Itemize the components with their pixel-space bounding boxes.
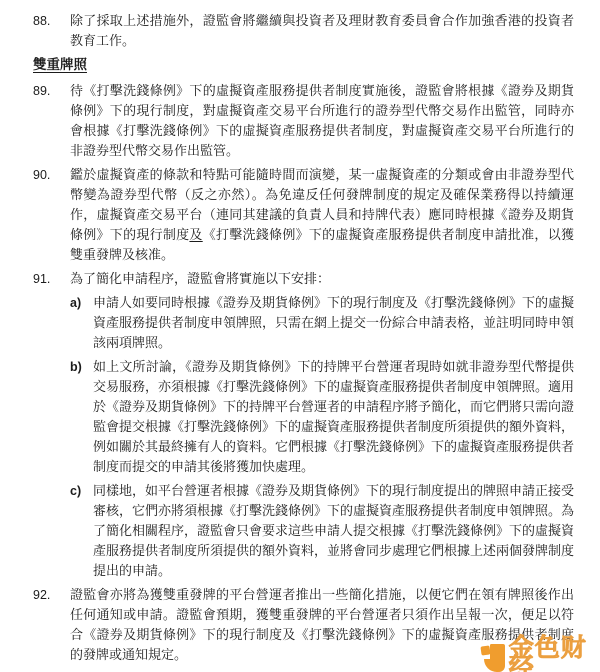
sub-item-letter: c) [70, 481, 93, 581]
watermark: 金色财经 [481, 638, 600, 672]
jinse-finance-logo-icon [481, 644, 505, 672]
paragraph-89: 89. 待《打擊洗錢條例》下的虛擬資產服務提供者制度實施後，證監會將根據《證券及… [33, 81, 574, 161]
paragraph-text: 鑑於虛擬資產的條款和特點可能隨時間而演變，某一虛擬資產的分類或會由非證券型代幣變… [70, 165, 574, 265]
paragraph-number: 90. [33, 165, 70, 265]
paragraph-90: 90. 鑑於虛擬資產的條款和特點可能隨時間而演變，某一虛擬資產的分類或會由非證券… [33, 165, 574, 265]
paragraph-number: 88. [33, 11, 70, 51]
section-heading: 雙重牌照 [33, 55, 87, 75]
section-heading-row: 雙重牌照 [33, 55, 574, 75]
underlined-word: 及 [189, 227, 202, 242]
sub-item-letter: a) [70, 293, 93, 353]
paragraph-91: 91. 為了簡化申請程序，證監會將實施以下安排： a) 申請人如要同時根據《證券… [33, 269, 574, 581]
sub-item-letter: b) [70, 357, 93, 477]
sub-item-text: 申請人如要同時根據《證券及期貨條例》下的現行制度及《打擊洗錢條例》下的虛擬資產服… [93, 293, 574, 353]
sub-item-b: b) 如上文所討論，《證券及期貨條例》下的持牌平台營運者現時如就非證券型代幣提供… [70, 357, 574, 477]
paragraph-text: 除了採取上述措施外，證監會將繼續與投資者及理財教育委員會合作加強香港的投資者教育… [70, 11, 574, 51]
sub-item-text: 同樣地，如平台營運者根據《證券及期貨條例》下的現行制度提出的牌照申請正接受審核，… [93, 481, 574, 581]
paragraph-body: 為了簡化申請程序，證監會將實施以下安排： a) 申請人如要同時根據《證券及期貨條… [70, 269, 574, 581]
paragraph-number: 92. [33, 585, 70, 665]
document-page: 88. 除了採取上述措施外，證監會將繼續與投資者及理財教育委員會合作加強香港的投… [0, 0, 600, 672]
logo-j-hook-shape [484, 659, 498, 672]
paragraph-number: 91. [33, 269, 70, 581]
sub-item-c: c) 同樣地，如平台營運者根據《證券及期貨條例》下的現行制度提出的牌照申請正接受… [70, 481, 574, 581]
paragraph-intro-text: 為了簡化申請程序，證監會將實施以下安排： [70, 269, 574, 289]
sub-item-a: a) 申請人如要同時根據《證券及期貨條例》下的現行制度及《打擊洗錢條例》下的虛擬… [70, 293, 574, 353]
watermark-text: 金色财经 [509, 638, 600, 672]
paragraph-number: 89. [33, 81, 70, 161]
paragraph-88: 88. 除了採取上述措施外，證監會將繼續與投資者及理財教育委員會合作加強香港的投… [33, 11, 574, 51]
paragraph-text: 待《打擊洗錢條例》下的虛擬資產服務提供者制度實施後，證監會將根據《證券及期貨條例… [70, 81, 574, 161]
sub-item-text: 如上文所討論，《證券及期貨條例》下的持牌平台營運者現時如就非證券型代幣提供交易服… [93, 357, 574, 477]
